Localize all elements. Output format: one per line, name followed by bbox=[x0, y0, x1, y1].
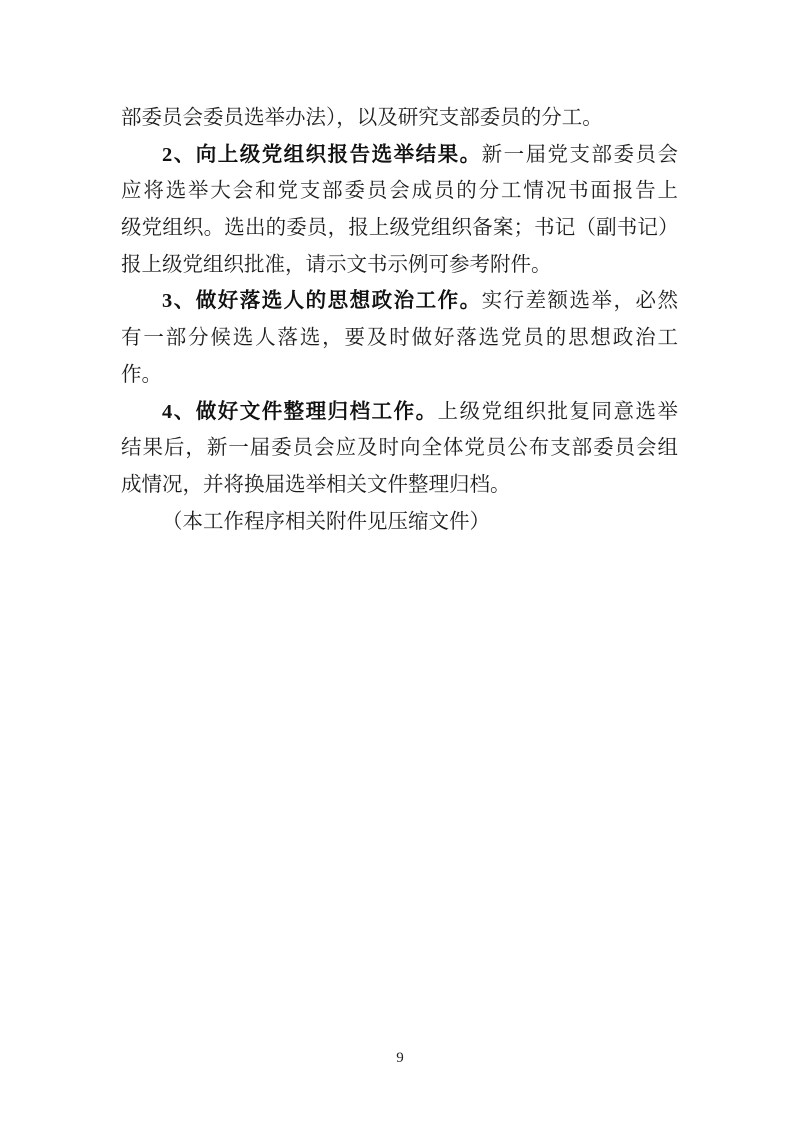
text-line: 有一部分候选人落选，要及时做好落选党员的思想政治工 bbox=[121, 320, 678, 357]
document-body: 部委员会委员选举办法），以及研究支部委员的分工。2、向上级党组织报告选举结果。新… bbox=[121, 100, 678, 540]
text-line: 3、做好落选人的思想政治工作。实行差额选举，必然 bbox=[121, 283, 678, 320]
text-line: 报上级党组织批准，请示文书示例可参考附件。 bbox=[121, 247, 678, 284]
line-text: 实行差额选举，必然 bbox=[482, 290, 678, 312]
line-text: 部委员会委员选举办法），以及研究支部委员的分工。 bbox=[121, 107, 603, 129]
text-line: 部委员会委员选举办法），以及研究支部委员的分工。 bbox=[121, 100, 678, 137]
text-line: （本工作程序相关附件见压缩文件） bbox=[121, 504, 678, 541]
line-text: 有一部分候选人落选，要及时做好落选党员的思想政治工 bbox=[121, 327, 678, 349]
line-text: 上级党组织批复同意选举 bbox=[438, 401, 678, 423]
line-text: 作。 bbox=[121, 364, 162, 386]
text-line: 应将选举大会和党支部委员会成员的分工情况书面报告上 bbox=[121, 173, 678, 210]
text-line: 结果后，新一届委员会应及时向全体党员公布支部委员会组 bbox=[121, 430, 678, 467]
line-text: 结果后，新一届委员会应及时向全体党员公布支部委员会组 bbox=[121, 437, 678, 459]
text-line: 成情况，并将换届选举相关文件整理归档。 bbox=[121, 467, 678, 504]
line-text: 报上级党组织批准，请示文书示例可参考附件。 bbox=[121, 254, 552, 276]
text-line: 4、做好文件整理归档工作。上级党组织批复同意选举 bbox=[121, 394, 678, 431]
bold-heading-lead: 3、做好落选人的思想政治工作。 bbox=[162, 290, 482, 312]
line-text: 级党组织。选出的委员，报上级党组织备案；书记（副书记） bbox=[121, 217, 678, 239]
text-line: 级党组织。选出的委员，报上级党组织备案；书记（副书记） bbox=[121, 210, 678, 247]
bold-heading-lead: 2、向上级党组织报告选举结果。 bbox=[162, 144, 482, 166]
line-text: （本工作程序相关附件见压缩文件） bbox=[162, 511, 490, 533]
text-line: 作。 bbox=[121, 357, 678, 394]
page-footer: 9 bbox=[0, 1048, 800, 1068]
line-text: 成情况，并将换届选举相关文件整理归档。 bbox=[121, 474, 511, 496]
page-number: 9 bbox=[396, 1050, 404, 1066]
document-page: 部委员会委员选举办法），以及研究支部委员的分工。2、向上级党组织报告选举结果。新… bbox=[0, 0, 800, 1131]
text-line: 2、向上级党组织报告选举结果。新一届党支部委员会 bbox=[121, 137, 678, 174]
line-text: 应将选举大会和党支部委员会成员的分工情况书面报告上 bbox=[121, 180, 678, 202]
line-text: 新一届党支部委员会 bbox=[482, 144, 678, 166]
bold-heading-lead: 4、做好文件整理归档工作。 bbox=[162, 401, 438, 423]
